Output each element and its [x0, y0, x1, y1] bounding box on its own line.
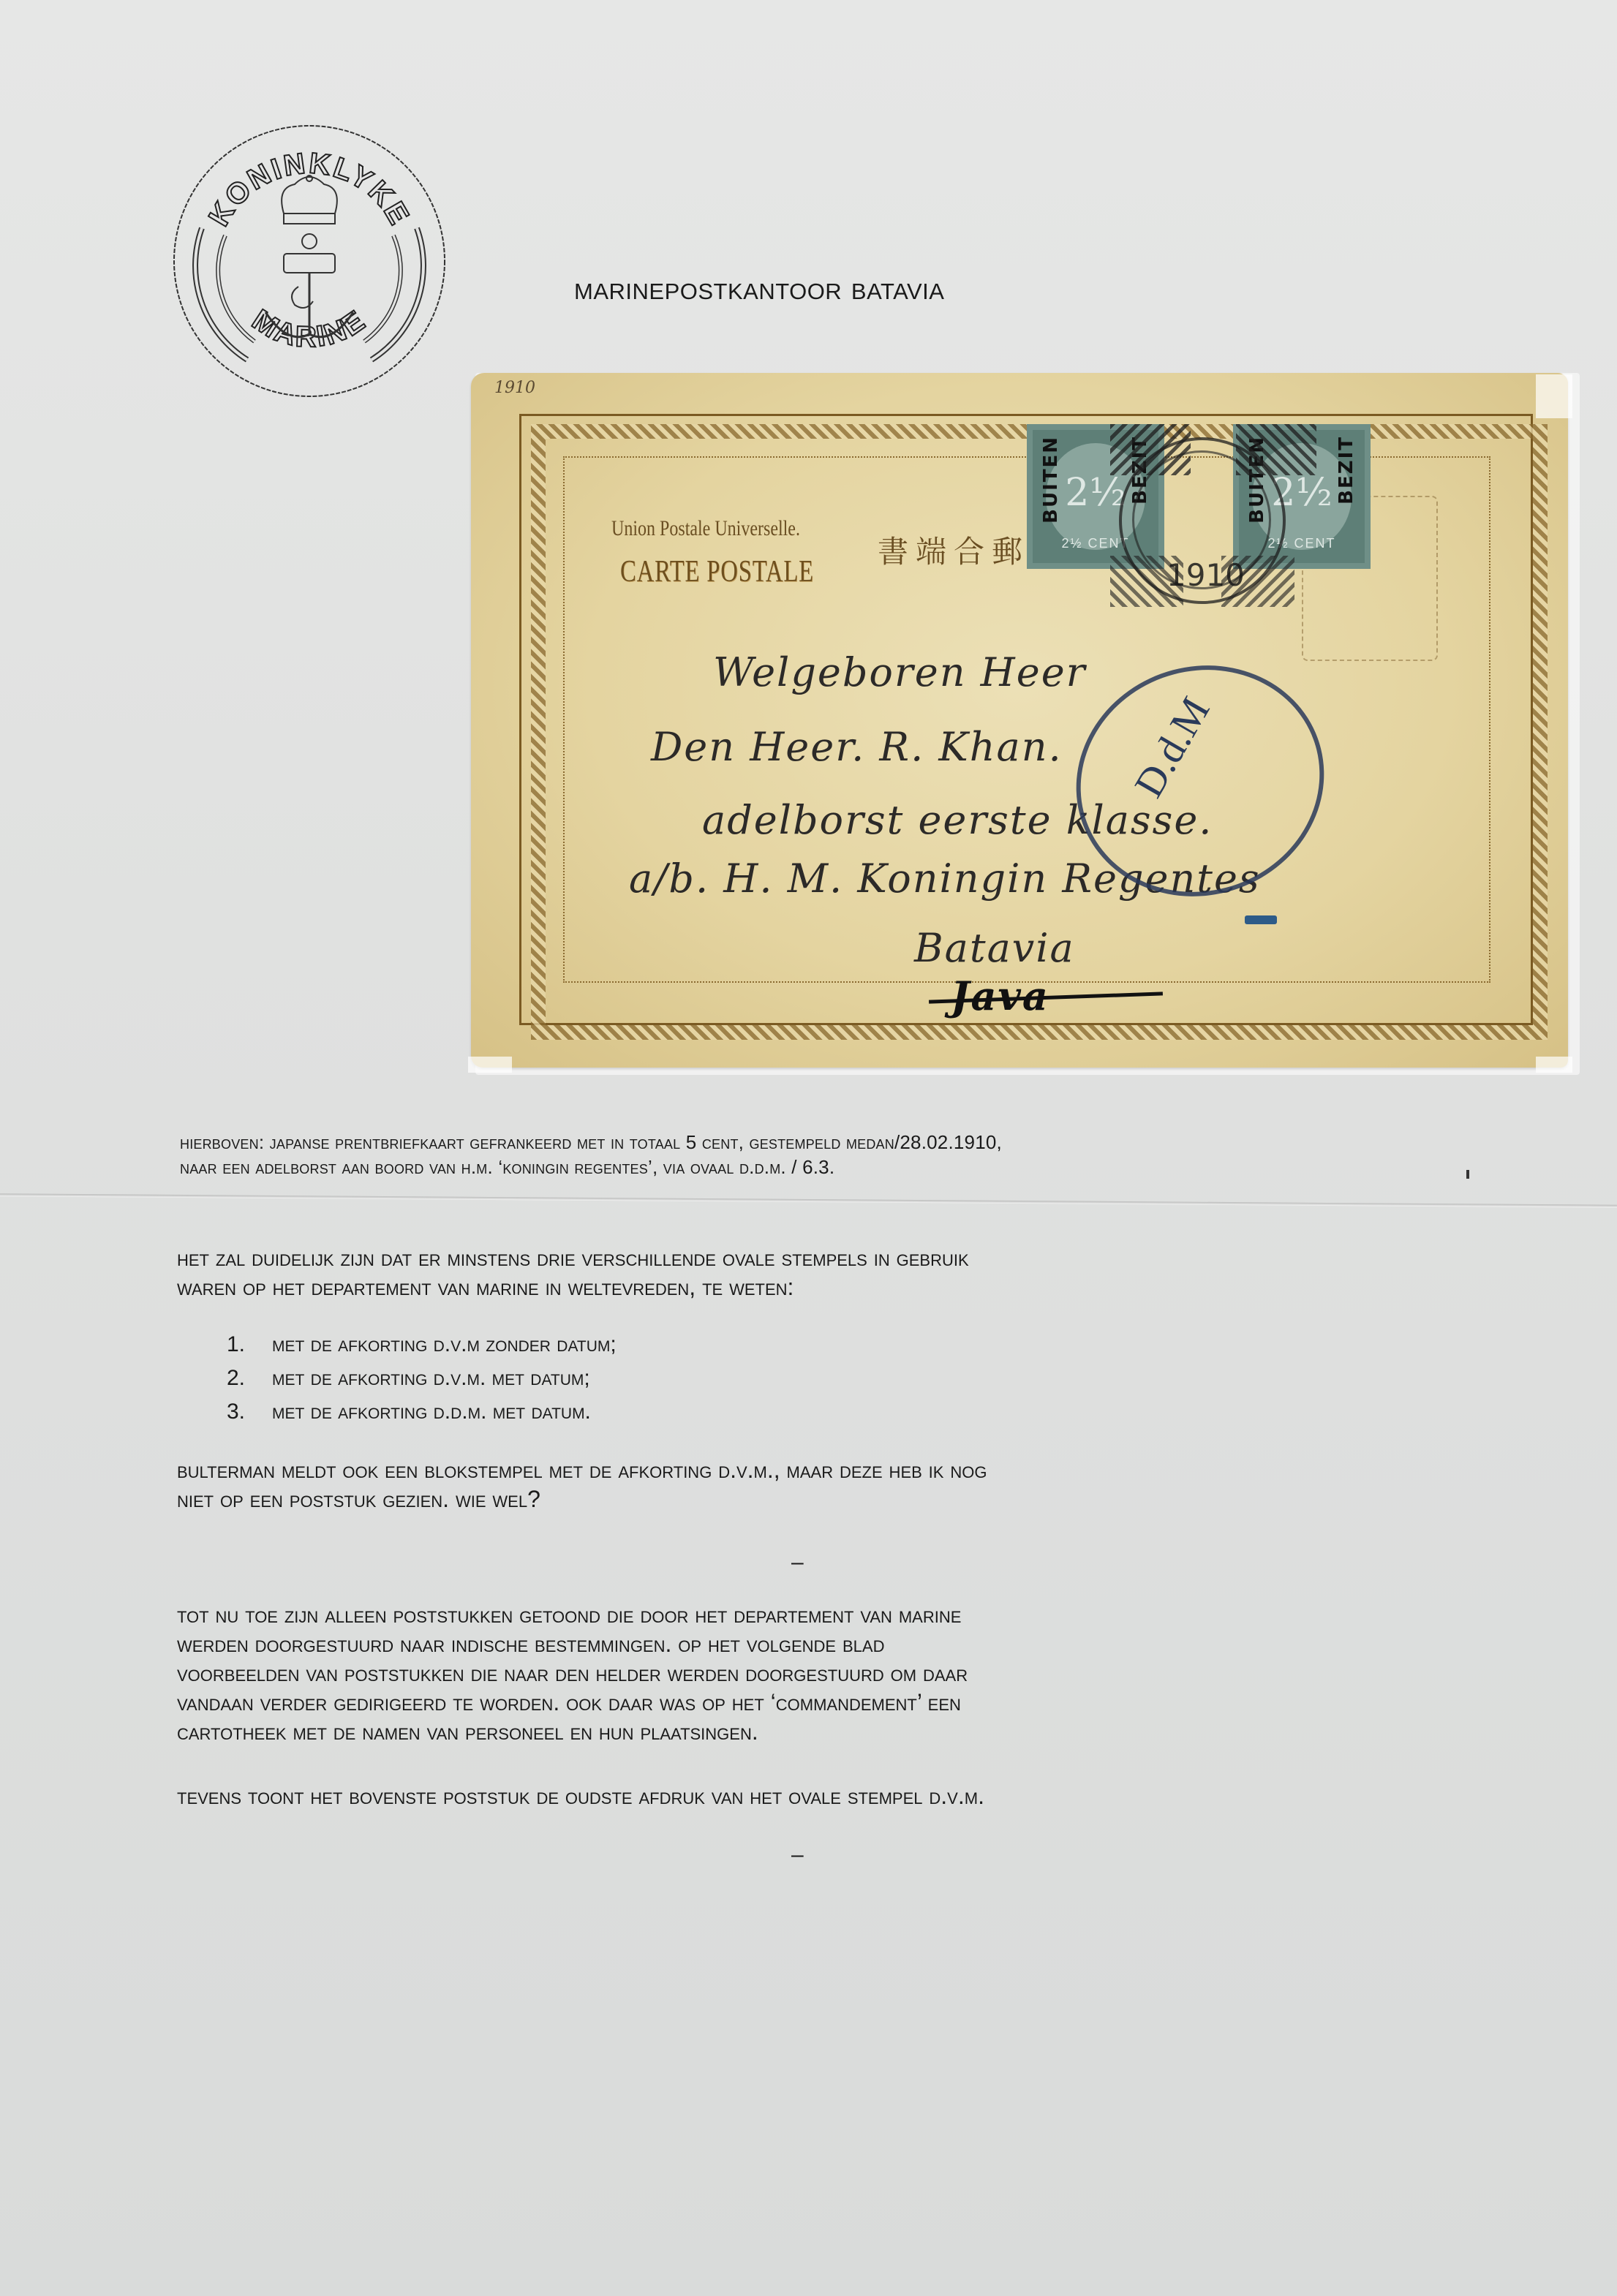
separator-dash: – [791, 1550, 804, 1575]
caption-line: Hierboven: Japanse prentbriefkaart gefra… [180, 1130, 1002, 1155]
text-line: voorbeelden van poststukken die naar Den… [177, 1658, 1450, 1688]
list-number: 2. [227, 1362, 272, 1395]
list-item: 3.met de afkorting D.d.M. met datum. [227, 1395, 617, 1429]
text-line: vandaan verder gedirigeerd te worden. Oo… [177, 1688, 1450, 1717]
list-text: met de afkorting D.v.M. met datum; [272, 1366, 590, 1390]
list-text: met de afkorting D.d.M. met datum. [272, 1400, 591, 1424]
postmark-year: 1910 [1166, 557, 1245, 593]
postcard-carte-postale: CARTE POSTALE [620, 554, 814, 589]
blue-crayon-mark [1245, 915, 1277, 924]
list-number: 3. [227, 1395, 272, 1429]
address-line: Batavia [914, 925, 1075, 971]
svg-text:KONINKLYKE: KONINKLYKE [203, 147, 416, 231]
postmark-bars [1236, 424, 1316, 475]
mount-corner [468, 1057, 512, 1073]
postcard-japanese-text: 書端合郵 [878, 528, 1030, 572]
paragraph-1: Het zal duidelijk zijn dat er minstens d… [177, 1243, 1450, 1302]
caption: Hierboven: Japanse prentbriefkaart gefra… [180, 1130, 1002, 1179]
mount-corner [1536, 374, 1572, 418]
caption-line: naar een adelborst aan boord van H.M. ‘K… [180, 1155, 1002, 1179]
ink-speck [1466, 1170, 1469, 1179]
list-number: 1. [227, 1328, 272, 1362]
stamp-overprint-right: BEZIT [1335, 436, 1357, 505]
list-item: 2.met de afkorting D.v.M. met datum; [227, 1362, 617, 1395]
list-text: met de afkorting D.v.M zonder datum; [272, 1332, 617, 1356]
address-line: Den Heer. R. Khan. [651, 724, 1063, 770]
paragraph-3: Tot nu toe zijn alleen poststukken getoo… [177, 1600, 1450, 1746]
postcard-year-note: 1910 [494, 379, 535, 397]
text-line: Bulterman meldt ook een blokstempel met … [177, 1455, 1450, 1484]
paragraph-4: Tevens toont het bovenste poststuk de ou… [177, 1781, 1450, 1810]
page-title: Marinepostkantoor Batavia [574, 271, 944, 307]
text-line: werden doorgestuurd naar Indische bestem… [177, 1629, 1450, 1658]
text-line: cartotheek met de namen van personeel en… [177, 1717, 1450, 1746]
paragraph-2: Bulterman meldt ook een blokstempel met … [177, 1455, 1450, 1514]
postcard-upu-line: Union Postale Universelle. [611, 516, 800, 541]
separator-dash: – [791, 1843, 804, 1868]
stamp-overprint-left: BUITEN [1040, 436, 1062, 524]
crowned-anchor-icon: KONINKLYKE MARINE [167, 118, 452, 404]
text-line: niet op een poststuk gezien. Wie wel? [177, 1484, 1450, 1514]
list-item: 1.met de afkorting D.v.M zonder datum; [227, 1328, 617, 1362]
postmark-bars [1110, 424, 1191, 475]
mount-corner [1536, 1057, 1572, 1073]
text-line: waren op het Departement van Marine in W… [177, 1272, 1450, 1302]
stamp-type-list: 1.met de afkorting D.v.M zonder datum; 2… [227, 1328, 617, 1429]
page-divider [0, 1193, 1617, 1207]
text-line: Het zal duidelijk zijn dat er minstens d… [177, 1243, 1450, 1272]
koninklyke-marine-emblem: KONINKLYKE MARINE [167, 118, 452, 404]
text-line: Tot nu toe zijn alleen poststukken getoo… [177, 1600, 1450, 1629]
address-line: Welgeboren Heer [713, 649, 1086, 695]
